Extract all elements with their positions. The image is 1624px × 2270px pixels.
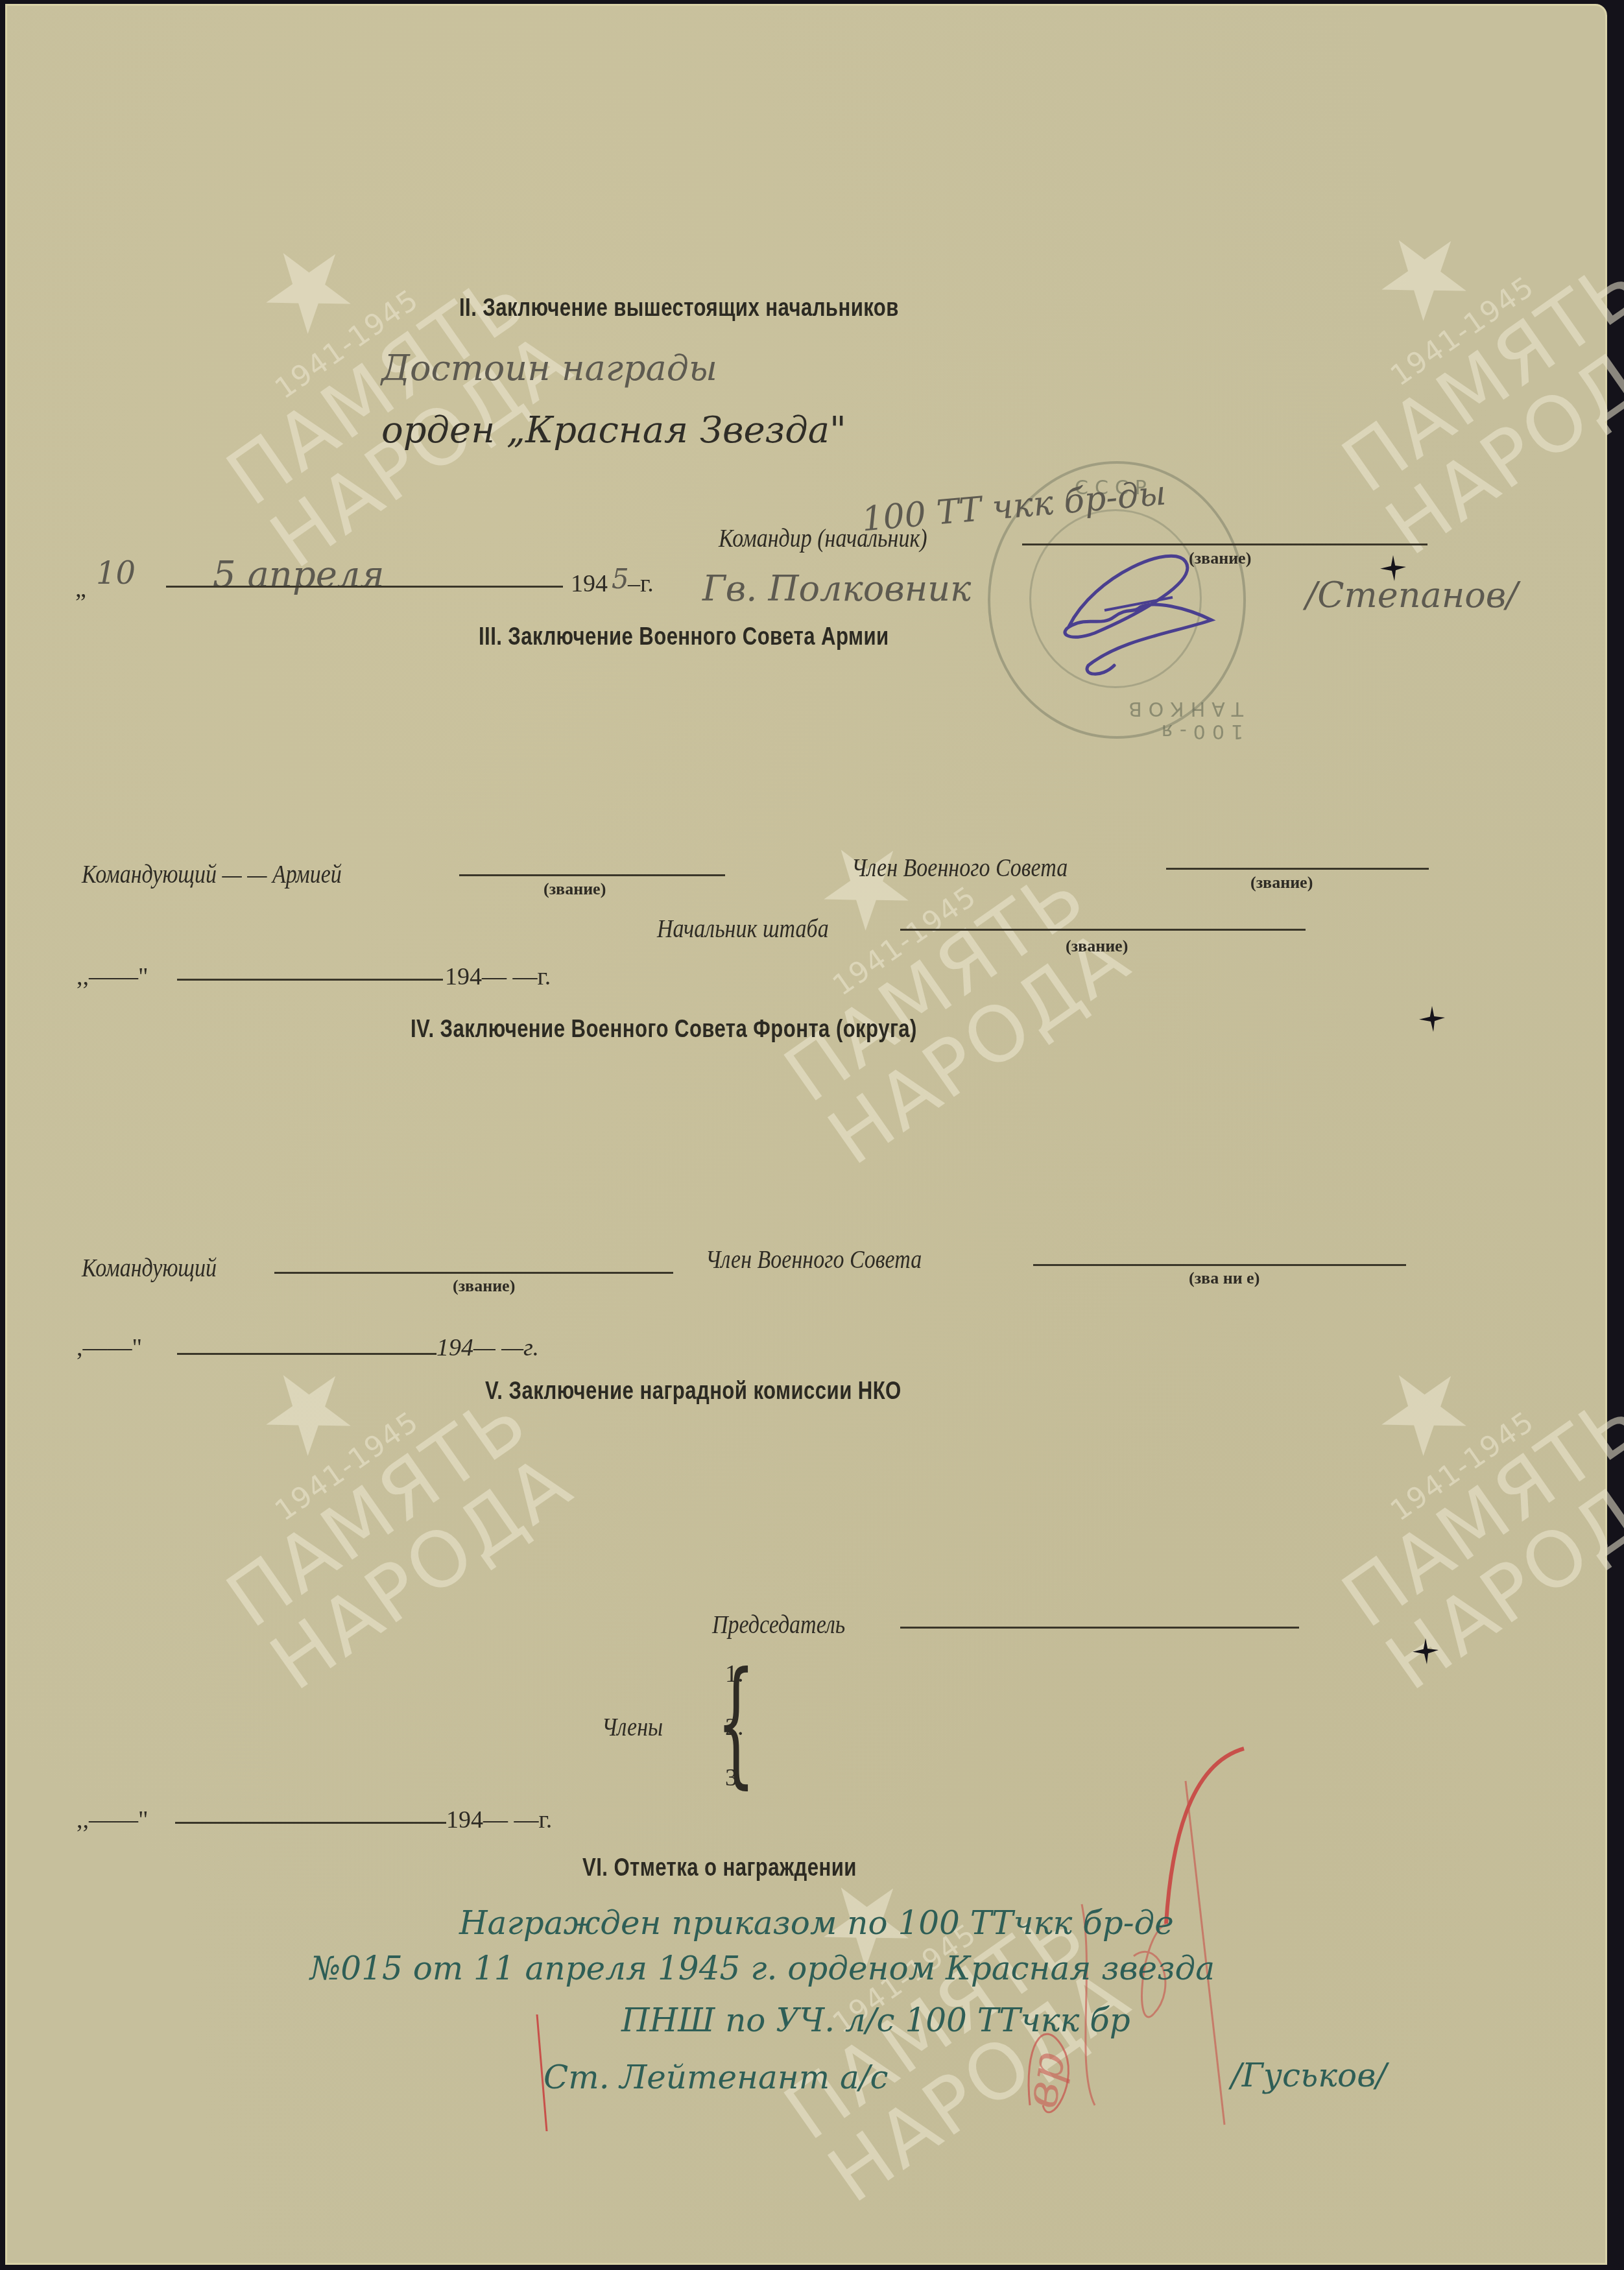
member-2: 2.	[725, 1713, 744, 1741]
chief-of-staff-line	[900, 929, 1306, 931]
watermark-center: ★ 1941-1945 ПАМЯТЬ НАРОДА	[693, 741, 1142, 1177]
star-icon: ★	[135, 1266, 480, 1553]
watermark-top-right: ★ 1941-1945 ПАМЯТЬ НАРОДА	[1250, 131, 1624, 567]
star-icon: ★	[1250, 131, 1595, 418]
star-icon: ★	[1250, 1266, 1595, 1553]
front-commander-line	[274, 1272, 673, 1274]
front-council-member-line	[1033, 1264, 1406, 1266]
handwritten-order-name: орден „Красная Звезда"	[381, 409, 846, 451]
section2-heading: II. Заключение вышестоящих начальников	[459, 294, 899, 322]
signer-surname: /Гуськов/	[1231, 2057, 1387, 2094]
punch-hole	[1419, 1006, 1445, 1032]
signer-rank: Ст. Лейтенант а/с	[543, 2059, 889, 2096]
section5-heading: V. Заключение наградной комиссии НКО	[485, 1378, 902, 1405]
army-commander-label: Командующий — — Армией	[82, 859, 342, 889]
commission-date-line	[175, 1822, 446, 1824]
red-pencil-initials: вр	[1014, 2048, 1076, 2112]
award-note-line-1: Награжден приказом по 100 ТТчкк бр-де	[459, 1904, 1174, 1942]
punch-hole	[1413, 1638, 1439, 1664]
chairman-line	[900, 1627, 1299, 1629]
document-page: ★ 1941-1945 ПАМЯТЬ НАРОДА ★ 1941-1945 ПА…	[5, 4, 1607, 2265]
section4-heading: IV. Заключение Военного Совета Фронта (о…	[411, 1016, 917, 1044]
watermark-bottom-right: ★ 1941-1945 ПАМЯТЬ НАРОДА	[1250, 1266, 1624, 1702]
front-council-member-label: Член Военного Совета	[706, 1244, 922, 1274]
front-date-line	[177, 1353, 436, 1355]
commander-signature	[1043, 536, 1250, 691]
members-label: Члены	[602, 1712, 663, 1742]
star-icon: ★	[693, 741, 1038, 1028]
commander-label: Командир (начальник)	[719, 523, 927, 553]
date-day: 10	[96, 555, 136, 591]
date-line	[166, 586, 563, 588]
date-month: 5 апреля	[213, 554, 385, 596]
handwritten-rank: Гв. Полковник	[702, 568, 971, 609]
member-1: 1.	[725, 1660, 744, 1688]
chief-of-staff-label: Начальник штаба	[657, 913, 829, 944]
army-commander-line	[459, 874, 725, 876]
front-commander-label: Командующий	[82, 1252, 217, 1283]
section3-heading: III. Заключение Военного Совета Армии	[479, 623, 889, 651]
army-council-member-line	[1166, 868, 1429, 870]
award-note-line-3: ПНШ по УЧ. л/с 100 ТТчкк бр	[621, 2001, 1130, 2039]
chairman-label: Председатель	[712, 1609, 845, 1640]
army-date-line	[177, 979, 443, 981]
army-council-member-label: Член Военного Совета	[852, 852, 1068, 883]
handwritten-surname: /Степанов/	[1306, 575, 1518, 615]
award-note-line-2: №015 от 11 апреля 1945 г. орденом Красна…	[310, 1950, 1215, 1987]
watermark-bottom-left: ★ 1941-1945 ПАМЯТЬ НАРОДА	[135, 1266, 584, 1702]
handwritten-worthy-award: Достоин награды	[381, 348, 717, 388]
